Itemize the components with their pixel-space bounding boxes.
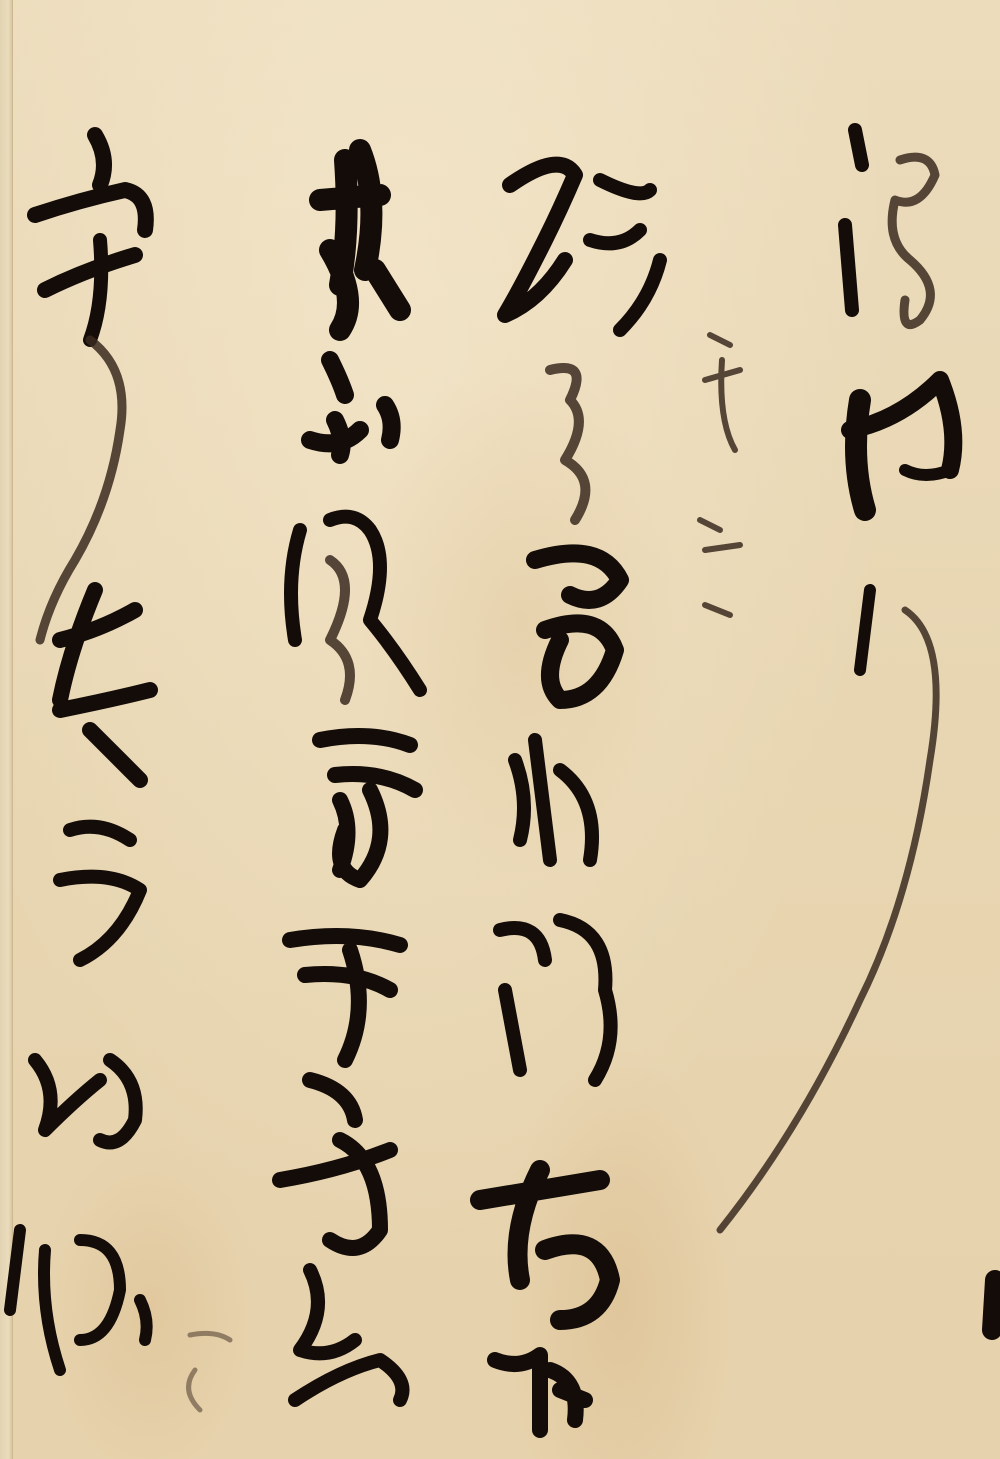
calligraphy-artwork: Chinese cursive calligraphy (caoshu) on … [0,0,1000,1459]
column-2 [480,165,660,1430]
ink-strokes [0,0,1000,1459]
column-3 [280,150,420,1400]
column-4 [10,135,150,1370]
annotation-marks [189,335,740,1410]
edge-mark [992,1280,995,1330]
column-1 [720,130,953,1230]
